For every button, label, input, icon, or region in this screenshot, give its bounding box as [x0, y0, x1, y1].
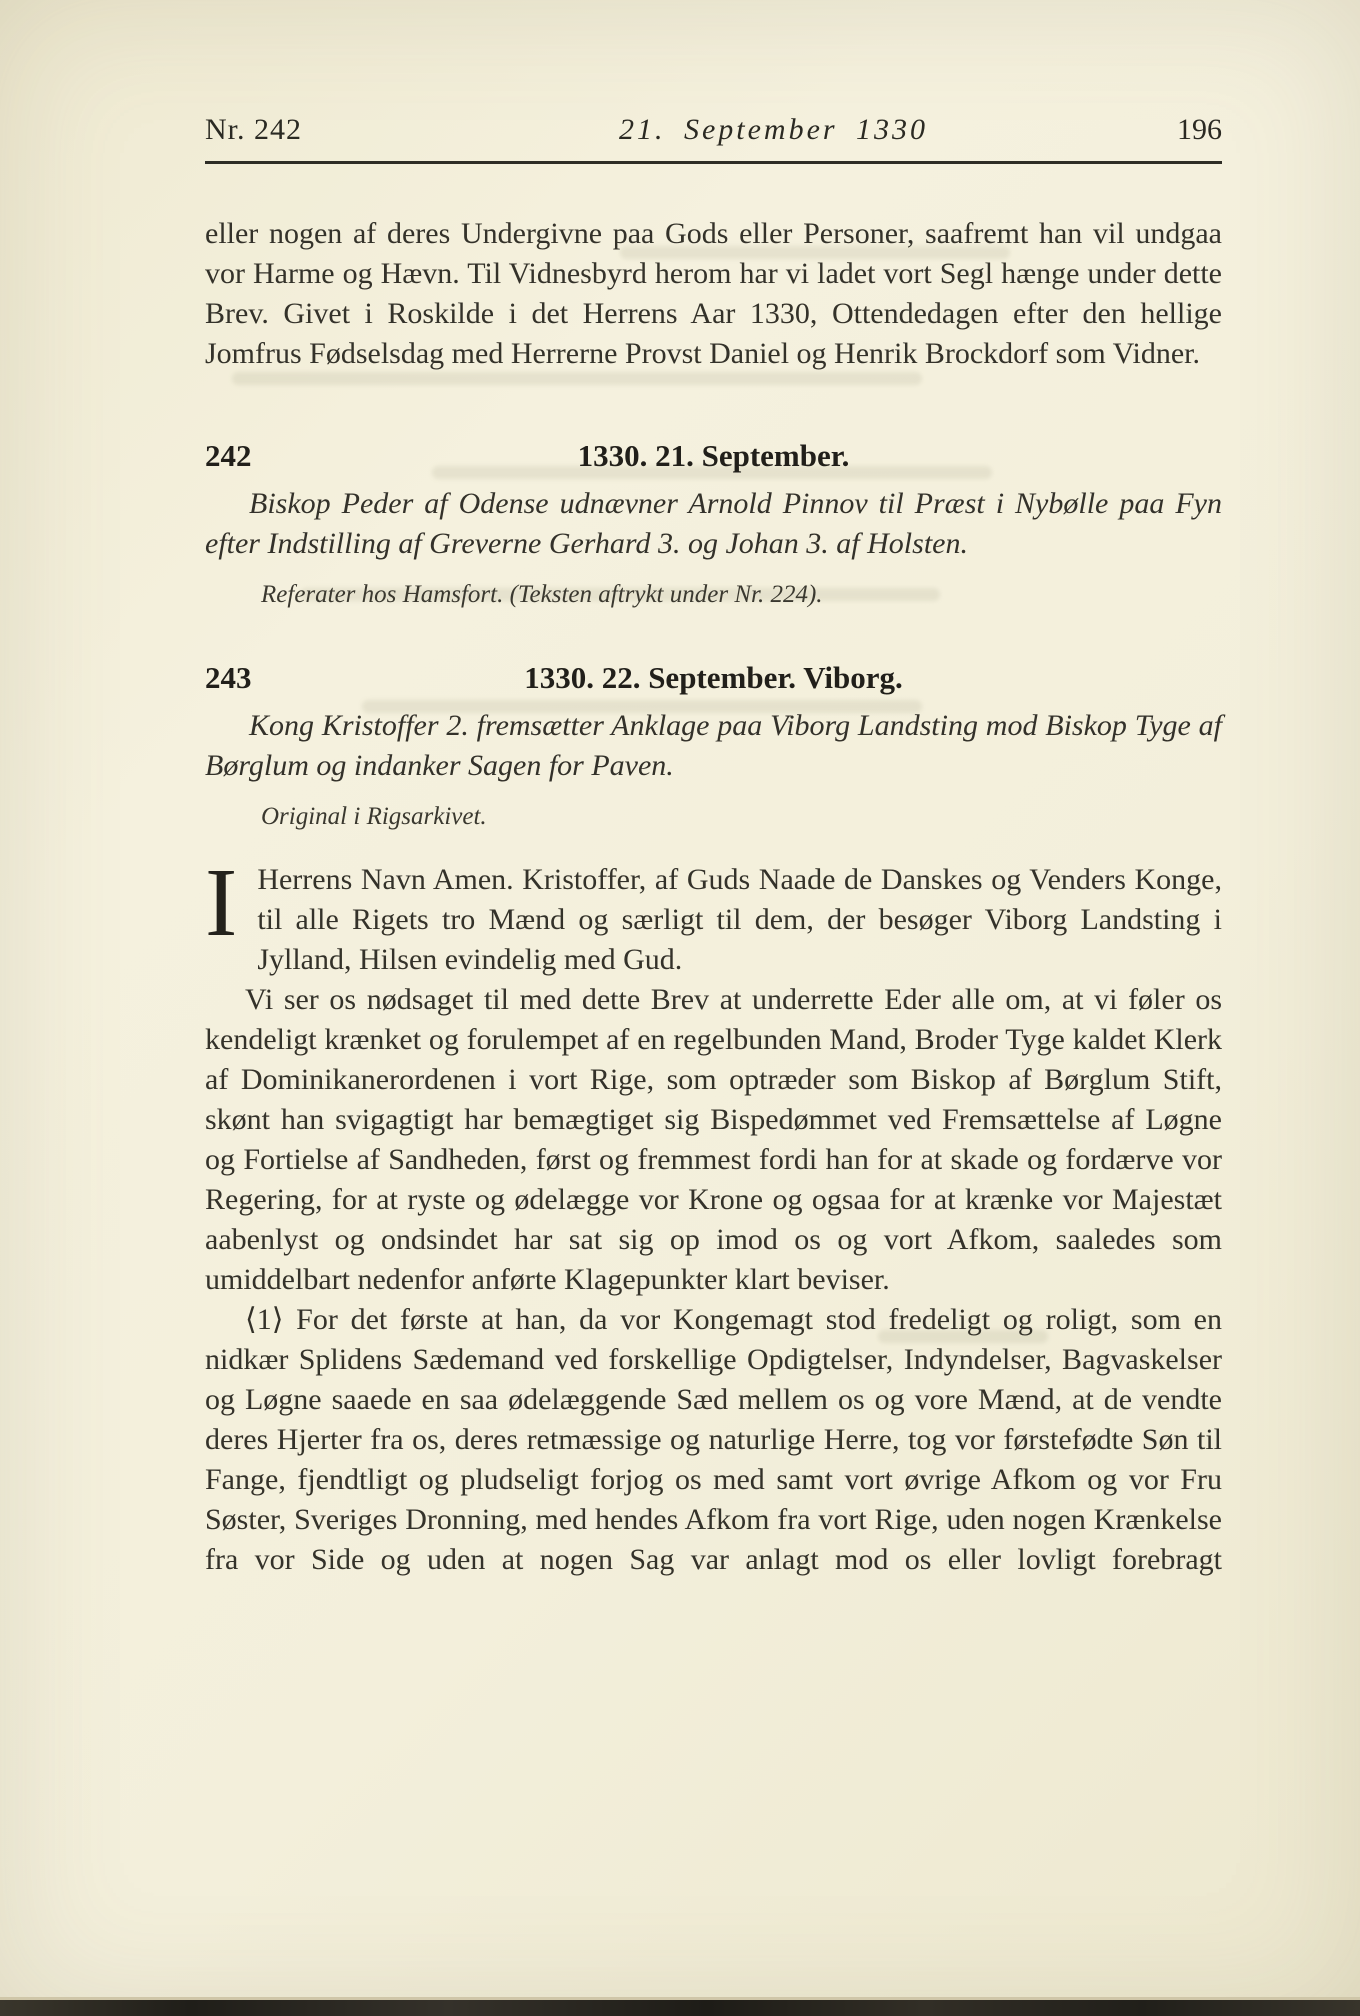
- scan-bottom-edge: [0, 1997, 1360, 2016]
- entry-number: 242: [205, 436, 252, 476]
- running-head: Nr. 242 21. September 1330 196: [205, 112, 1222, 148]
- entry-source-note: Referater hos Hamsfort. (Teksten aftrykt…: [261, 578, 1222, 612]
- entry-heading: 243 1330. 22. September. Viborg.: [205, 658, 1222, 698]
- entry-number: 243: [205, 658, 252, 698]
- entry-heading: 242 1330. 21. September.: [205, 436, 1222, 476]
- running-head-entry-number: Nr. 242: [205, 112, 445, 148]
- calendar-entry-242: 242 1330. 21. September. Biskop Peder af…: [205, 436, 1222, 612]
- body-opening-paragraph: IHerrens Navn Amen. Kristoffer, af Guds …: [205, 860, 1222, 980]
- scanned-document-page: Nr. 242 21. September 1330 196 eller nog…: [0, 0, 1360, 2016]
- page-number: 196: [1102, 112, 1222, 148]
- opening-paragraph-text: Herrens Navn Amen. Kristoffer, af Guds N…: [257, 863, 1222, 976]
- calendar-entry-243: 243 1330. 22. September. Viborg. Kong Kr…: [205, 658, 1222, 834]
- entry-source-note: Original i Rigsarkivet.: [261, 800, 1222, 834]
- body-paragraph-3: ⟨1⟩ For det første at han, da vor Kongem…: [205, 1300, 1222, 1580]
- header-rule: [205, 161, 1222, 164]
- running-head-date: 21. September 1330: [445, 112, 1102, 148]
- continuation-paragraph: eller nogen af deres Undergivne paa Gods…: [205, 214, 1222, 374]
- body-paragraph-2: Vi ser os nødsaget til med dette Brev at…: [205, 980, 1222, 1300]
- entry-summary: Kong Kristoffer 2. fremsætter Anklage pa…: [205, 706, 1222, 786]
- entry-summary: Biskop Peder af Odense udnævner Arnold P…: [205, 484, 1222, 564]
- text-column: Nr. 242 21. September 1330 196 eller nog…: [0, 0, 1360, 1580]
- drop-cap-initial: I: [205, 864, 237, 942]
- entry-date-heading: 1330. 22. September. Viborg.: [205, 658, 1222, 698]
- entry-date-heading: 1330. 21. September.: [205, 436, 1222, 476]
